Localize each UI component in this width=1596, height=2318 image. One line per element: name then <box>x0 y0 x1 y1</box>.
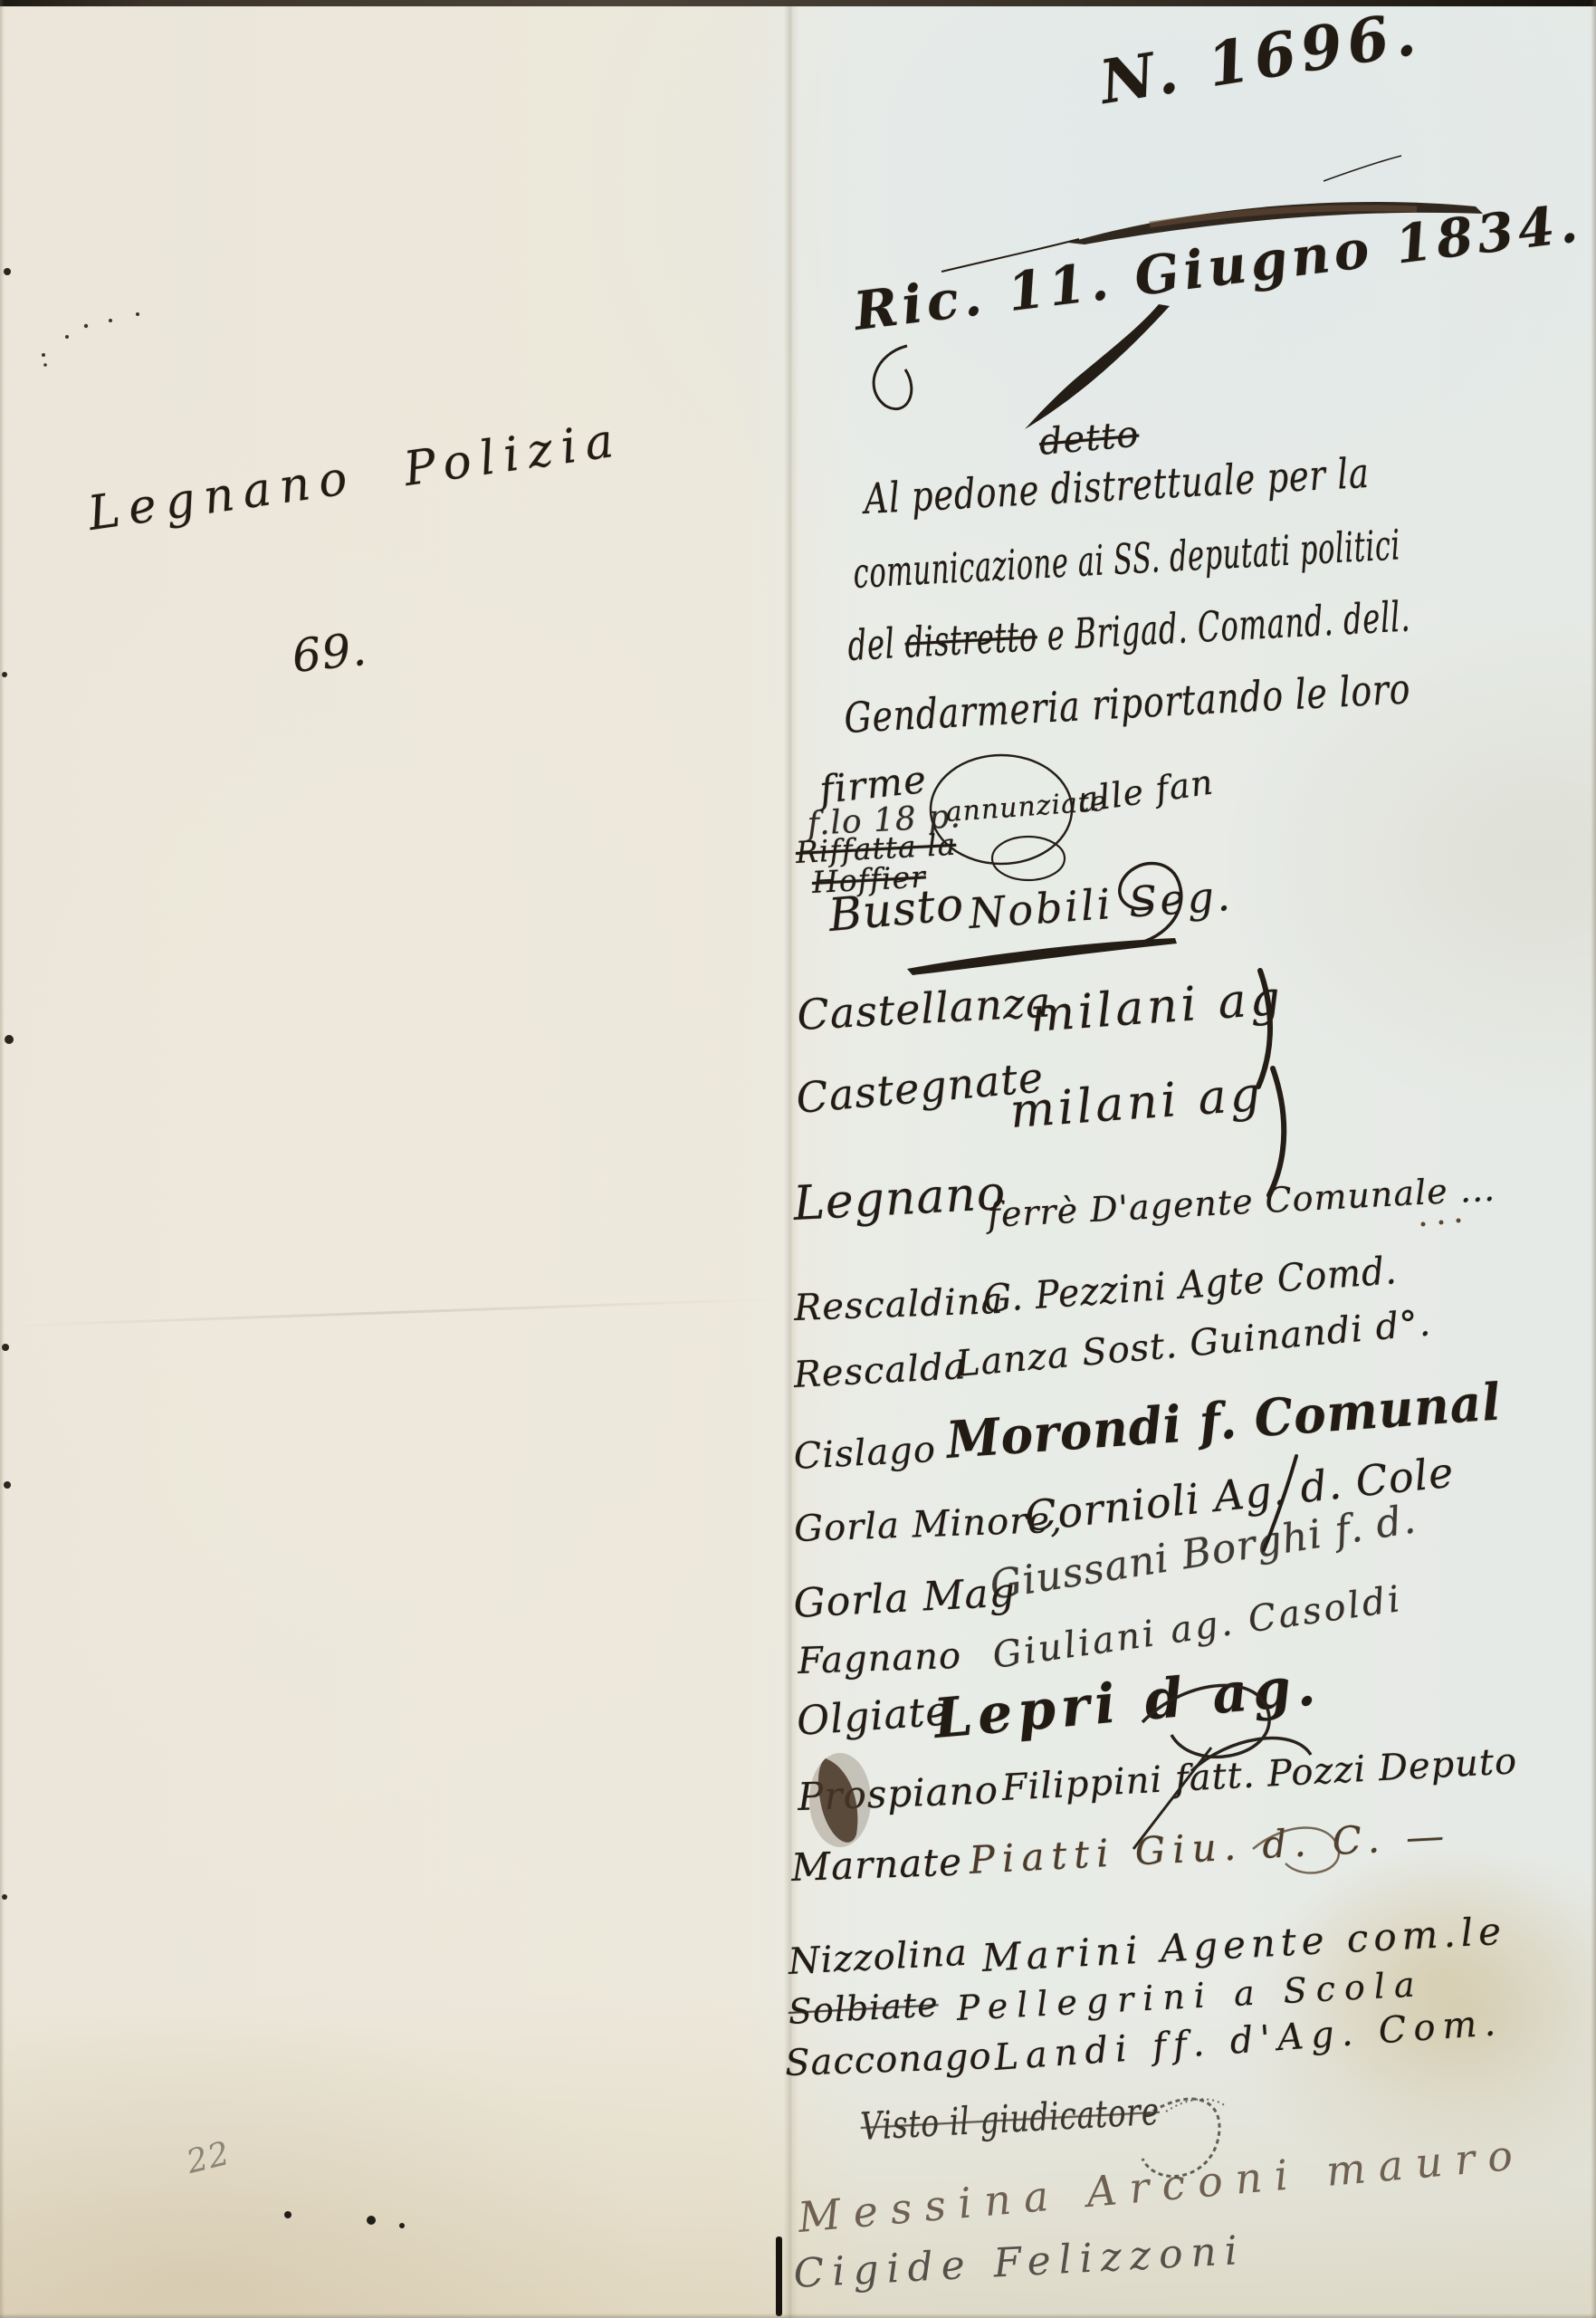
roster-place-nizzolina: Nizzolina <box>788 1932 969 1983</box>
roster-place-sacconago: Sacconago <box>784 2035 992 2084</box>
roster-place-olgiate: Olgiate <box>795 1688 951 1745</box>
margin-speck-4 <box>65 335 69 339</box>
scan-edge-right <box>1591 0 1596 2318</box>
legnano-dot-3 <box>1457 1219 1461 1223</box>
body-line-1: Al pedone distrettuale per la <box>863 448 1371 523</box>
roster-place-busto: Busto <box>827 877 966 942</box>
roster-entry-castellanza: milani ag <box>1028 972 1285 1043</box>
roster-entry-busto: Nobili Seg. <box>967 871 1234 938</box>
castegnate-flourish-stroke <box>1269 1068 1284 1195</box>
roster-place-castellanza: Castellanza <box>796 977 1053 1039</box>
visto-paraph-arc <box>1166 2099 1226 2112</box>
legnano-dot-1 <box>1421 1222 1426 1227</box>
horizontal-crease <box>0 1298 786 1327</box>
bottom-ink-dot-1 <box>284 2211 291 2218</box>
date-descender-slash <box>1025 304 1170 429</box>
roster-place-gorla-minore: Gorla Minore, <box>793 1499 1063 1550</box>
date-r-loop <box>874 346 912 409</box>
roster-entry-castegnate: milani ag <box>1008 1068 1266 1139</box>
roster-entry-marnate: Piatti Giu. d. C. — <box>968 1813 1452 1882</box>
bottom-ink-dot-3 <box>399 2223 405 2228</box>
body-line-3-pre: del <box>846 618 906 670</box>
legnano-dot-2 <box>1439 1221 1444 1225</box>
manuscript-page: N. 1696. Ric. 11. Giugno 1834. detto Leg… <box>0 0 1596 2318</box>
pencil-number-22: 22 <box>183 2135 234 2181</box>
scribble-note-right: alle fan <box>1075 761 1216 820</box>
body-line-3-struck: distretto <box>903 611 1038 667</box>
margin-speck-2 <box>109 319 112 322</box>
received-date-line: Ric. 11. Giugno 1834. <box>851 192 1585 342</box>
roster-entry-prospiano: Filippini fatt. Pozzi Deputo <box>1001 1740 1519 1809</box>
scan-edge-left <box>0 0 5 2318</box>
scribble-circle-small <box>992 837 1065 880</box>
bottom-ink-dot-2 <box>367 2216 376 2225</box>
body-line-3-post: e Brigad. Comand. dell. <box>1036 592 1411 661</box>
archive-number-hairline-right <box>1324 156 1401 181</box>
roster-place-legnano: Legnano <box>792 1166 1008 1231</box>
body-line-4: Gendarmeria riportando le loro <box>843 664 1411 742</box>
roster-place-fagnano: Fagnano <box>797 1635 961 1682</box>
margin-speck-5 <box>42 353 45 357</box>
visto-line: Visto il giudicatore <box>859 2089 1161 2149</box>
pencil-signature-2: Cigide Felizzoni <box>792 2227 1247 2297</box>
roster-entry-legnano: ferrè D'agente Comunale ... <box>987 1169 1496 1235</box>
roster-place-gorla-mag: Gorla Mag <box>792 1569 1017 1627</box>
roster-place-solbiate: Solbiate <box>788 1984 940 2032</box>
margin-speck-1 <box>84 324 88 328</box>
fold-bottom-ink-bar <box>776 2237 782 2316</box>
busto-underline-swash <box>907 938 1177 975</box>
edge-speck-3 <box>5 1035 14 1044</box>
body-line-2: comunicazione ai SS. deputati politici <box>852 520 1401 598</box>
roster-place-rescalda: Rescalda <box>793 1346 968 1396</box>
roster-place-rescaldina: Rescaldina <box>793 1280 1004 1329</box>
edge-speck-1 <box>4 268 11 275</box>
roster-entry-olgiate: Lepri d ag. <box>932 1654 1324 1751</box>
scan-edge-top <box>0 0 1596 6</box>
pencil-signature-1: Messina Arconi mauro <box>796 2130 1527 2242</box>
margin-speck-6 <box>43 363 47 367</box>
roster-place-prospiano: Prospiano <box>797 1767 999 1819</box>
roster-entry-nizzolina: Marini Agente com.le <box>980 1909 1507 1980</box>
margin-office-note: Legnano Polizia <box>85 413 626 541</box>
scan-edge-bottom <box>0 2313 1596 2318</box>
body-line-3: del distretto e Brigad. Comand. dell. <box>846 592 1411 670</box>
roster-place-marnate: Marnate <box>790 1839 963 1890</box>
struck-word-detto: detto <box>1037 414 1141 464</box>
roster-place-cislago: Cislago <box>793 1429 937 1478</box>
margin-file-number: 69. <box>290 623 369 683</box>
margin-speck-3 <box>136 312 139 316</box>
edge-speck-5 <box>4 1481 11 1489</box>
archive-number: N. 1696. <box>1095 0 1426 118</box>
